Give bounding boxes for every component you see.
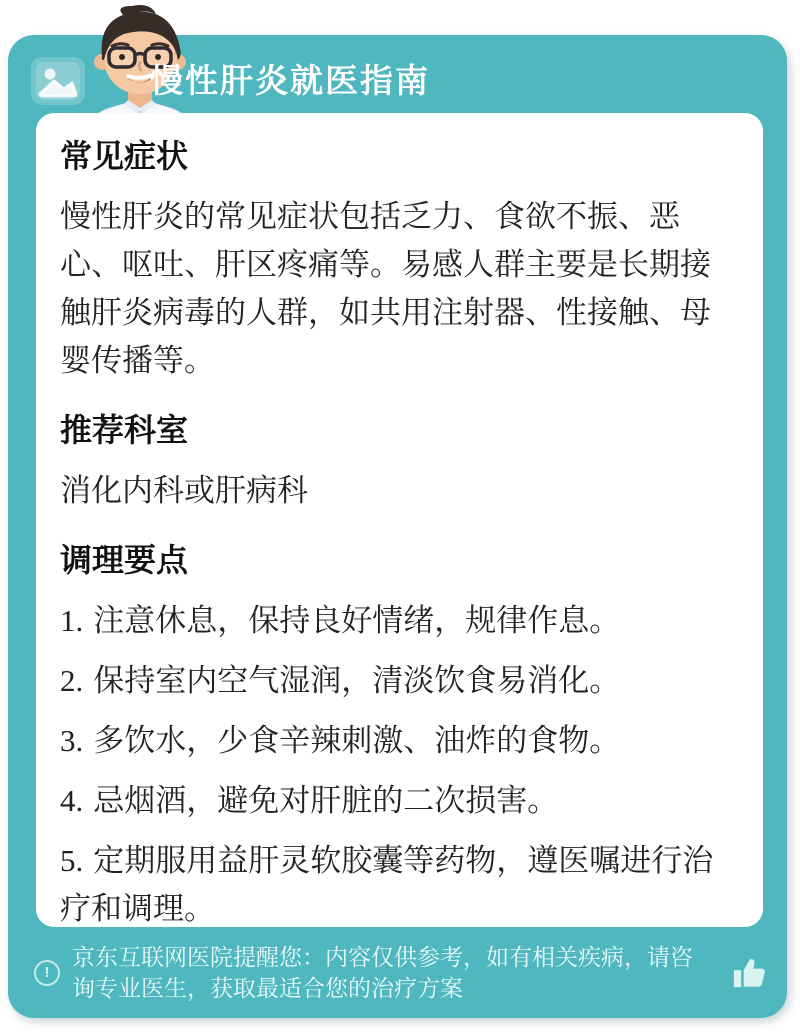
tips-list: 1.注意休息，保持良好情绪，规律作息。 2.保持室内空气湿润，清淡饮食易消化。 … xyxy=(60,597,737,927)
page-title: 慢性肝炎就医指南 xyxy=(150,55,430,102)
list-item-text: 忌烟酒，避免对肝脏的二次损害。 xyxy=(93,783,558,818)
list-item: 1.注意休息，保持良好情绪，规律作息。 xyxy=(60,597,737,645)
teal-panel: 慢性肝炎就医指南 常见症状 慢性肝炎的常见症状包括乏力、食欲不振、恶心、呕吐、肝… xyxy=(8,35,787,1018)
thumbs-up-icon[interactable] xyxy=(731,954,769,992)
department-text: 消化内科或肝病科 xyxy=(60,467,737,515)
footer-disclaimer: ! 京东互联网医院提醒您：内容仅供参考，如有相关疾病，请咨询专业医生，获取最适合… xyxy=(8,927,787,1018)
footer-notice-text: 京东互联网医院提醒您：内容仅供参考，如有相关疾病，请咨询专业医生，获取最适合您的… xyxy=(72,942,712,1004)
list-item-number: 3. xyxy=(60,723,83,758)
list-item-text: 注意休息，保持良好情绪，规律作息。 xyxy=(93,603,620,638)
list-item: 3.多饮水，少食辛辣刺激、油炸的食物。 xyxy=(60,717,737,765)
list-item-number: 4. xyxy=(60,783,83,818)
list-item-text: 定期服用益肝灵软胶囊等药物，遵医嘱进行治疗和调理。 xyxy=(60,843,713,926)
list-item: 5.定期服用益肝灵软胶囊等药物，遵医嘱进行治疗和调理。 xyxy=(60,837,737,927)
list-item: 2.保持室内空气湿润，清淡饮食易消化。 xyxy=(60,657,737,705)
list-item-number: 1. xyxy=(60,603,83,638)
section-heading-department: 推荐科室 xyxy=(60,409,737,451)
list-item-text: 多饮水，少食辛辣刺激、油炸的食物。 xyxy=(93,723,620,758)
list-item-number: 2. xyxy=(60,663,83,698)
section-heading-symptoms: 常见症状 xyxy=(60,135,737,177)
list-item: 4.忌烟酒，避免对肝脏的二次损害。 xyxy=(60,777,737,825)
list-item-text: 保持室内空气湿润，清淡饮食易消化。 xyxy=(93,663,620,698)
content-card: 常见症状 慢性肝炎的常见症状包括乏力、食欲不振、恶心、呕吐、肝区疼痛等。易感人群… xyxy=(36,113,763,927)
list-item-number: 5. xyxy=(60,843,83,878)
symptoms-text: 慢性肝炎的常见症状包括乏力、食欲不振、恶心、呕吐、肝区疼痛等。易感人群主要是长期… xyxy=(60,193,737,385)
alert-icon: ! xyxy=(34,960,60,986)
section-heading-tips: 调理要点 xyxy=(60,539,737,581)
